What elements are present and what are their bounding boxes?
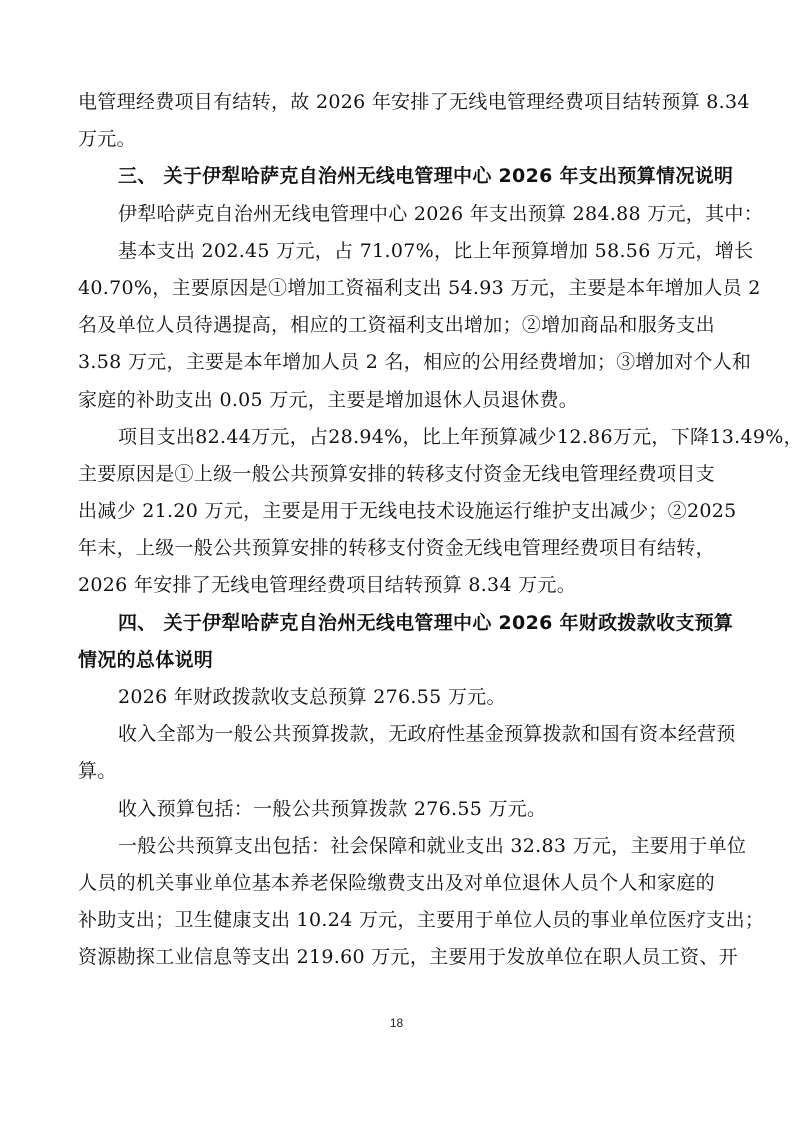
paragraph-line: 伊犁哈萨克自治州无线电管理中心 2026 年支出预算 284.88 万元，其中： [78,196,710,233]
paragraph-line: 40.70%，主要原因是①增加工资福利支出 54.93 万元，主要是本年增加人员… [78,270,710,307]
paragraph-line: 资源勘探工业信息等支出 219.60 万元，主要用于发放单位在职人员工资、开 [78,939,710,976]
paragraph-line: 2026 年财政拨款收支总预算 276.55 万元。 [78,679,710,716]
page-number: 18 [0,1016,793,1030]
paragraph-line: 年末，上级一般公共预算安排的转移支付资金无线电管理经费项目有结转， [78,530,710,567]
paragraph-line: 人员的机关事业单位基本养老保险缴费支出及对单位退休人员个人和家庭的 [78,865,710,902]
paragraph-line: 主要原因是①上级一般公共预算安排的转移支付资金无线电管理经费项目支 [78,456,710,493]
paragraph-line: 收入全部为一般公共预算拨款，无政府性基金预算拨款和国有资本经营预 [78,716,710,753]
paragraph-line: 基本支出 202.45 万元，占 71.07%，比上年预算增加 58.56 万元… [78,233,710,270]
paragraph-line: 家庭的补助支出 0.05 万元，主要是增加退休人员退休费。 [78,382,710,419]
paragraph-line: 一般公共预算支出包括：社会保障和就业支出 32.83 万元，主要用于单位 [78,828,710,865]
paragraph-line: 名及单位人员待遇提高，相应的工资福利支出增加；②增加商品和服务支出 [78,307,710,344]
document-page: 电管理经费项目有结转，故 2026 年安排了无线电管理经费项目结转预算 8.34… [78,84,710,977]
paragraph-line: 万元。 [78,121,710,158]
paragraph-line: 3.58 万元，主要是本年增加人员 2 名，相应的公用经费增加；③增加对个人和 [78,344,710,381]
paragraph-line: 收入预算包括：一般公共预算拨款 276.55 万元。 [78,791,710,828]
paragraph-line: 电管理经费项目有结转，故 2026 年安排了无线电管理经费项目结转预算 8.34 [78,84,710,121]
paragraph-line: 项目支出82.44万元，占28.94%，比上年预算减少12.86万元，下降13.… [78,419,710,456]
section-heading-3: 三、 关于伊犁哈萨克自治州无线电管理中心 2026 年支出预算情况说明 [78,158,710,195]
paragraph-line: 出减少 21.20 万元，主要是用于无线电技术设施运行维护支出减少；②2025 [78,493,710,530]
paragraph-line: 2026 年安排了无线电管理经费项目结转预算 8.34 万元。 [78,567,710,604]
section-heading-4-continued: 情况的总体说明 [78,642,710,679]
paragraph-line: 补助支出；卫生健康支出 10.24 万元，主要用于单位人员的事业单位医疗支出； [78,902,710,939]
section-heading-4: 四、 关于伊犁哈萨克自治州无线电管理中心 2026 年财政拨款收支预算 [78,605,710,642]
paragraph-line: 算。 [78,753,710,790]
